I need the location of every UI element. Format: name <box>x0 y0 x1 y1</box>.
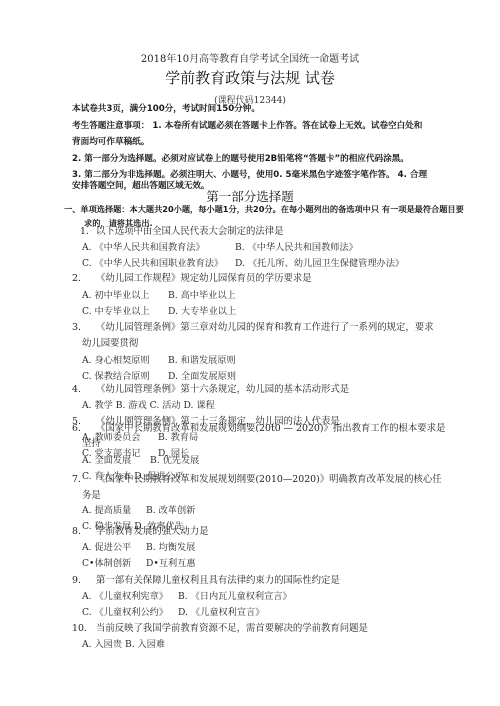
question-stem: 《幼儿园管理条例》第十六条规定，幼儿园的基本活动形式是 <box>96 384 349 396</box>
page-title: 学前教育政策与法规 试卷 <box>0 67 500 88</box>
instruction-line: 背面均可作草稿纸。 <box>72 136 149 148</box>
question-number: 4. <box>72 384 81 396</box>
question-number: 8. <box>72 526 81 538</box>
option-a: A. 《中华人民共和国教育法》 <box>82 242 205 254</box>
question-stem: 幼儿园要贯彻 <box>82 338 138 350</box>
option-d: D. 《儿童权利宣言》 <box>178 607 264 619</box>
option-row: A. 教学 B. 游戏 C. 活动 D. 课程 <box>82 400 215 412</box>
option-a: A. 提高质量 <box>82 505 131 517</box>
question-number: 6. <box>72 423 81 435</box>
option-d: D. 《托儿所、幼儿园卫生保健管理办法》 <box>235 258 404 270</box>
option-d: D•互利互惠 <box>146 558 196 570</box>
question-stem: 当前反映了我国学前教育资源不足，需首要解决的学前教育问题是 <box>96 623 368 635</box>
option-b: B. 均衡发展 <box>146 542 195 554</box>
instruction-line: 本试卷共3页，满分100分，考试时间150分钟。 <box>72 103 260 115</box>
question-number: 3. <box>72 322 81 334</box>
exam-header: 2018年10月高等教育自学考试全国统一命题考试 <box>0 50 500 65</box>
question-stem: 《幼儿园工作规程》规定幼儿园保育员的学历要求是 <box>96 273 312 285</box>
option-c: C. 《儿童权利公约》 <box>82 607 168 619</box>
question-stem: 《幼儿园管理条例》第三章对幼儿园的保育和教育工作进行了一系列的规定，要求 <box>96 322 434 334</box>
question-stem: 《国家中长期教育改革和发展规划纲要(2010—2020)》明确教育改革发展的核心… <box>96 474 442 486</box>
option-c: C. 《中华人民共和国职业教育法》 <box>82 258 223 270</box>
option-b: B. 高中毕业以上 <box>168 290 236 302</box>
question-number: 9. <box>72 575 81 587</box>
option-a: A. 促进公平 <box>82 542 131 554</box>
option-b: B. 《中华人民共和国教师法》 <box>235 242 358 254</box>
section-intro: 一、单项选择题：本大题共20小题，每小题1分，共20分。在每小题列出的备选项中只… <box>64 203 464 215</box>
option-c: C. 中专毕业以上 <box>82 306 150 318</box>
option-b: B. 和谐发展原则 <box>168 355 236 367</box>
option-d: D. 全面发展原则 <box>168 371 236 383</box>
option-c: C•体制创新 <box>82 558 131 570</box>
option-row: A. 入园贵 B. 入园难 <box>82 639 165 651</box>
question-stem: 务是 <box>82 490 101 502</box>
question-stem: 学前教育发展的强大动力是 <box>96 526 209 538</box>
instruction-line: 考生答题注意事项： 1. 本卷所有试题必须在答题卡上作答。答在试卷上无效。试卷空… <box>72 120 422 132</box>
option-a: A. 初中毕业以上 <box>82 290 150 302</box>
question-stem: 第一部有关保障儿童权利且具有法律约束力的国际性约定是 <box>96 575 340 587</box>
question-number: 10. <box>72 623 87 635</box>
exam-page: 2018年10月高等教育自学考试全国统一命题考试 学前教育政策与法规 试卷 (课… <box>0 0 500 706</box>
question-number: 7. <box>72 474 81 486</box>
question-stem: 《国家中长期教育改革和发展规划纲要(20t0 — 2020)》指出教育工作的根本… <box>96 423 445 435</box>
option-b: B. 改革创新 <box>146 505 195 517</box>
option-b: B. 《日内瓦儿童权利宣言》 <box>178 591 292 603</box>
question-number: 2. <box>72 273 81 285</box>
option-d: D. 大专毕业以上 <box>168 306 236 318</box>
question-stem: 坚持 <box>82 438 101 450</box>
question-number: 1. <box>80 226 89 238</box>
option-b: B. 优先发展 <box>150 455 199 467</box>
instruction-line: 2. 第一部分为选择题。必须对应试卷上的题号使用2B铅笔将“答题卡”的相应代码涂… <box>72 153 409 165</box>
option-c: C. 保教结合原则 <box>82 371 150 383</box>
question-stem: 以下选项中由全国人民代表大会制定的法律是 <box>96 226 284 238</box>
option-a: A. 全面发展 <box>82 455 131 467</box>
option-a: A. 身心相契原则 <box>82 355 150 367</box>
option-a: A. 《儿童权利宪章》 <box>82 591 168 603</box>
